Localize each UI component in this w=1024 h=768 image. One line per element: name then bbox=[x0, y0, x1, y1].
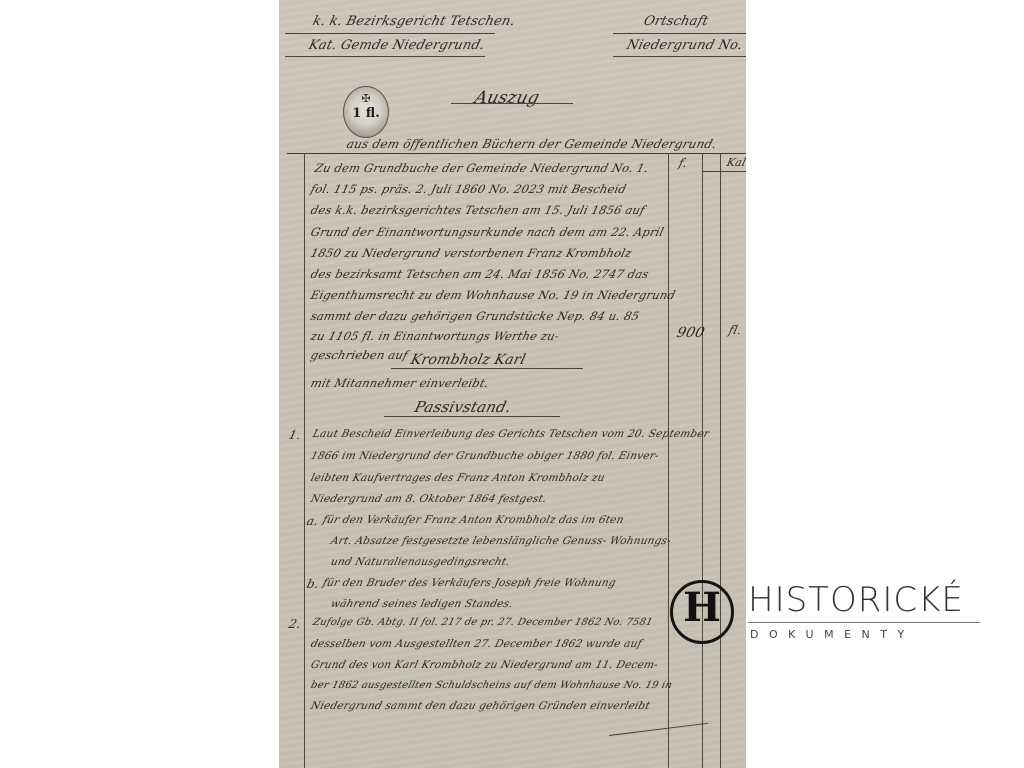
header-court: k. k. Bezirksgericht Tetschen. bbox=[311, 14, 517, 29]
header-rule bbox=[613, 56, 746, 57]
left-margin-rule bbox=[304, 153, 305, 768]
document-page: k. k. Bezirksgericht Tetschen. Kat. Gemd… bbox=[279, 0, 746, 768]
document-title: Auszug bbox=[473, 88, 542, 108]
column-header-kreuzer: Kalt. bbox=[725, 156, 746, 169]
table-top-rule bbox=[287, 153, 746, 154]
historicke-dokumenty-logo: H HISTORICKÉ DOKUMENTY bbox=[670, 578, 975, 648]
amount-unit: fl. bbox=[727, 323, 743, 337]
header-rule bbox=[285, 33, 495, 34]
section-underline bbox=[384, 416, 560, 417]
item-line: leibten Kaufvertrages des Franz Anton Kr… bbox=[310, 472, 607, 484]
item-line: für den Verkäufer Franz Anton Krombholz … bbox=[322, 514, 626, 526]
column-rule bbox=[720, 153, 721, 768]
item-line: Grund des von Karl Krombholz zu Niedergr… bbox=[310, 659, 660, 671]
body-line: Zu dem Grundbuche der Gemeinde Niedergru… bbox=[313, 161, 650, 175]
logo-monogram: H bbox=[670, 584, 734, 631]
title-underline bbox=[451, 103, 573, 104]
owner-underline bbox=[391, 368, 583, 369]
owner-note: mit Mitannehmer einverleibt. bbox=[309, 376, 490, 390]
item-line: ber 1862 ausgestellten Schuldscheins auf… bbox=[310, 680, 674, 691]
column-rule bbox=[702, 153, 703, 768]
column-rule bbox=[668, 153, 669, 768]
item-number: a. bbox=[305, 514, 320, 528]
amount-value: 900 bbox=[675, 325, 706, 341]
body-line: geschrieben auf bbox=[309, 348, 409, 362]
item-line: Niedergrund sammt den dazu gehörigen Grü… bbox=[310, 700, 652, 712]
intro-line: aus dem öffentlichen Büchern der Gemeind… bbox=[345, 137, 718, 151]
body-line: fol. 115 ps. präs. 2. Juli 1860 No. 2023… bbox=[309, 182, 628, 196]
body-line: Grund der Einantwortungsurkunde nach dem… bbox=[309, 225, 665, 239]
logo-subtitle: DOKUMENTY bbox=[750, 628, 915, 641]
header-municipality: Kat. Gemde Niedergrund. bbox=[307, 38, 486, 53]
body-line: sammt der dazu gehörigen Grundstücke Nep… bbox=[309, 309, 641, 323]
header-rule bbox=[613, 33, 746, 34]
logo-divider bbox=[748, 622, 980, 623]
stamp-value: 1 fl. bbox=[343, 106, 389, 121]
item-line: für den Bruder des Verkäufers Joseph fre… bbox=[322, 577, 618, 589]
item-line: desselben vom Ausgestellten 27. December… bbox=[310, 638, 644, 650]
header-locality-label: Ortschaft bbox=[642, 14, 710, 29]
item-line: während seines ledigen Standes. bbox=[330, 598, 515, 610]
eagle-emblem-icon: ✠ bbox=[361, 92, 370, 105]
header-rule bbox=[285, 56, 485, 57]
revenue-stamp: ✠ 1 fl. bbox=[343, 86, 389, 138]
header-locality: Niedergrund No. 19. bbox=[625, 38, 746, 53]
closing-flourish bbox=[609, 723, 708, 736]
item-line: Art. Absatze festgesetzte lebenslänglich… bbox=[330, 535, 673, 547]
item-line: Laut Bescheid Einverleibung des Gerichts… bbox=[312, 428, 711, 440]
item-line: 1866 im Niedergrund der Grundbuche obige… bbox=[310, 450, 661, 462]
item-number: 1. bbox=[287, 428, 302, 442]
owner-name: Krombholz Karl bbox=[409, 352, 527, 368]
body-line: des k.k. bezirksgerichtes Tetschen am 15… bbox=[309, 203, 646, 217]
item-line: und Naturalienausgedingsrecht. bbox=[330, 556, 512, 568]
logo-title: HISTORICKÉ bbox=[748, 580, 964, 620]
body-line: 1850 zu Niedergrund verstorbenen Franz K… bbox=[309, 246, 633, 260]
item-number: b. bbox=[305, 577, 320, 591]
item-line: Niedergrund am 8. Oktober 1864 festgest. bbox=[310, 493, 548, 505]
item-line: Zufolge Gb. Abtg. II fol. 217 de pr. 27.… bbox=[312, 617, 654, 628]
section-title: Passivstand. bbox=[413, 398, 514, 416]
column-header-rule bbox=[702, 171, 746, 172]
body-line: zu 1105 fl. in Einantwortungs Werthe zu- bbox=[309, 329, 561, 343]
item-number: 2. bbox=[287, 617, 302, 631]
body-line: des bezirksamt Tetschen am 24. Mai 1856 … bbox=[309, 267, 650, 281]
column-header-florins: f. bbox=[677, 156, 689, 170]
body-line: Eigenthumsrecht zu dem Wohnhause No. 19 … bbox=[309, 288, 677, 302]
